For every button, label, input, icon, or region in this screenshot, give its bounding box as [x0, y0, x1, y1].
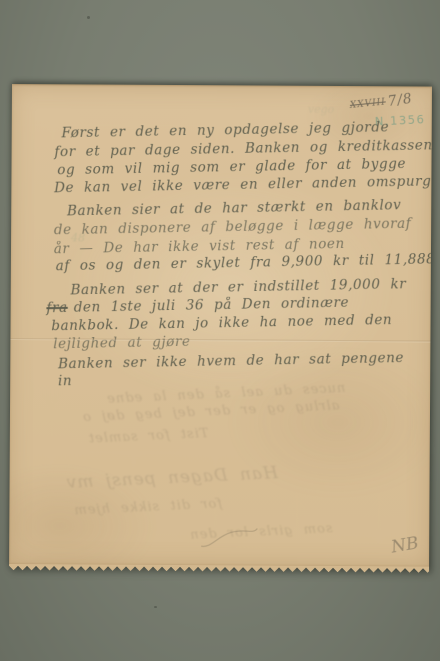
handwriting-line: Banken ser ikke hvem de har sat pengene	[58, 350, 404, 372]
backdrop-speck	[87, 16, 90, 19]
handwriting-line: in	[58, 373, 73, 389]
archive-page-mark: 7/8	[387, 91, 414, 110]
backdrop-speck	[154, 606, 157, 608]
bleedthrough-line: Han Dagen pensj mv	[65, 463, 278, 493]
handwriting-line: de kan disponere af beløgge i lægge hvor…	[54, 216, 412, 239]
torn-bottom-edge	[9, 564, 429, 573]
letter-paper: XXVIII 7/8 N.1356 Først er det en ny opd…	[9, 84, 432, 573]
ghost-mark: 48	[71, 231, 85, 244]
ghost-mark: vego	[308, 103, 334, 116]
paper-surface: XXVIII 7/8 N.1356 Først er det en ny opd…	[9, 84, 432, 567]
archive-volume-mark: XXVIII	[349, 97, 386, 110]
struck-word: fra	[46, 300, 68, 316]
photo-backdrop: XXVIII 7/8 N.1356 Først er det en ny opd…	[0, 0, 440, 661]
bleedthrough-line: for dit sikke hjem	[73, 496, 222, 518]
handwriting-line: lejlighed at gjøre	[53, 334, 191, 353]
signature-flourish	[197, 524, 261, 550]
bleedthrough-line: Tist for samlet	[88, 426, 209, 447]
signature-initials: NB	[390, 533, 420, 557]
handwriting-line: bankbok. De kan jo ikke ha noe med den	[51, 312, 392, 334]
handwriting-line: Banken ser at der er indstillet 19,000 k…	[70, 276, 406, 298]
handwriting-line: Først er det en ny opdagelse jeg gjorde	[61, 119, 389, 141]
